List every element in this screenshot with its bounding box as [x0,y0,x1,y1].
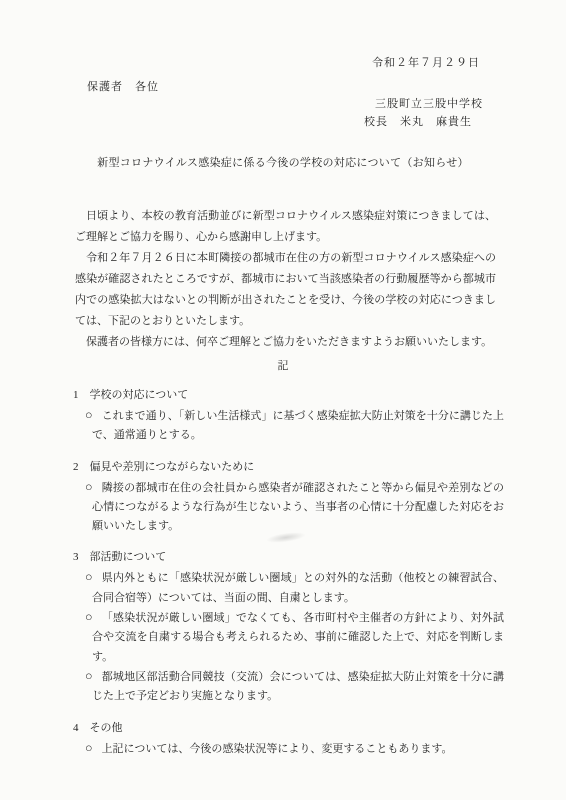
circle-bullet-icon: ○ [85,741,93,755]
section-club-activities: 3部活動について ○県内外ともに「感染状況が厳しい圏域」との対外的な活動（他校と… [0,549,566,706]
section-other: 4その他 ○上記については、今後の感染状況等により、変更することもあります。 [0,720,566,759]
circle-bullet-icon: ○ [85,408,93,422]
bullet-item: ○上記については、今後の感染状況等により、変更することもあります。 [92,739,504,759]
circle-bullet-icon: ○ [85,610,93,624]
section-number: 3 [73,549,79,565]
school-name: 三股町立三股中学校 [0,97,566,112]
bullet-item: ○これまで通り、「新しい生活様式」に基づく感染症拡大防止対策を十分に講じた上で、… [92,406,504,446]
section-heading-text: 学校の対応について [90,389,189,401]
section-heading-text: 偏見や差別につながらないために [90,461,255,473]
section-discrimination: 2偏見や差別につながらないために ○隣接の都城市在住の会社員から感染者が確認され… [0,459,566,537]
section-heading: 1学校の対応について [73,387,506,403]
bullet-text: 県内外ともに「感染状況が厳しい圏域」との対外的な活動（他校との練習試合、合同合宿… [92,572,504,603]
bullet-text: 「感染状況が厳しい圏域」でなくても、各市町村や主催者の方針により、対外試合や交流… [92,612,504,663]
section-school-response: 1学校の対応について ○これまで通り、「新しい生活様式」に基づく感染症拡大防止対… [0,387,566,446]
section-heading: 4その他 [73,720,506,736]
section-items: ○上記については、今後の感染状況等により、変更することもあります。 [0,739,566,759]
section-number: 2 [73,459,79,475]
section-heading: 2偏見や差別につながらないために [73,459,506,475]
section-items: ○県内外ともに「感染状況が厳しい圏域」との対外的な活動（他校との練習試合、合同合… [0,568,566,706]
circle-bullet-icon: ○ [85,480,93,494]
bullet-item: ○隣接の都城市在住の会社員から感染者が確認されたこと等から偏見や差別などの心情に… [92,478,504,537]
circle-bullet-icon: ○ [85,570,93,584]
bullet-text: これまで通り、「新しい生活様式」に基づく感染症拡大防止対策を十分に講じた上で、通… [92,410,504,441]
bullet-text: 都城地区部活動合同競技（交流）会については、感染症拡大防止対策を十分に講じた上で… [92,671,504,702]
section-number: 1 [73,387,79,403]
paragraph-request: 保護者の皆様方には、何卒ご理解とご協力をいただきますようお願いいたします。 [75,332,496,353]
document-title: 新型コロナウイルス感染症に係る今後の学校の対応について（お知らせ） [0,155,566,171]
paragraph-situation: 令和２年７月２６日に本町隣接の都城市在住の方の新型コロナウイルス感染症への感染が… [75,248,496,332]
section-items: ○隣接の都城市在住の会社員から感染者が確認されたこと等から偏見や差別などの心情に… [0,478,566,537]
section-items: ○これまで通り、「新しい生活様式」に基づく感染症拡大防止対策を十分に講じた上で、… [0,406,566,446]
body-text: 日頃より、本校の教育活動並びに新型コロナウイルス感染症対策につきましては、ご理解… [75,206,496,353]
section-heading-text: 部活動について [90,551,167,563]
bullet-item: ○都城地区部活動合同競技（交流）会については、感染症拡大防止対策を十分に講じた上… [92,667,504,707]
recipient: 保護者 各位 [87,80,566,95]
bullet-item: ○「感染状況が厳しい圏域」でなくても、各市町村や主催者の方針により、対外試合や交… [92,608,504,667]
bullet-text: 上記については、今後の感染状況等により、変更することもあります。 [102,743,453,755]
document-page: 令和２年７月２９日 保護者 各位 三股町立三股中学校 校長 米丸 麻貴生 新型コ… [0,0,566,800]
bullet-item: ○県内外ともに「感染状況が厳しい圏域」との対外的な活動（他校との練習試合、合同合… [92,568,504,608]
section-heading-text: その他 [90,722,123,734]
issue-date: 令和２年７月２９日 [0,0,566,71]
section-number: 4 [73,720,79,736]
circle-bullet-icon: ○ [85,669,93,683]
record-marker: 記 [0,359,566,374]
paragraph-greeting: 日頃より、本校の教育活動並びに新型コロナウイルス感染症対策につきましては、ご理解… [75,206,496,248]
section-heading: 3部活動について [73,549,506,565]
bullet-text: 隣接の都城市在住の会社員から感染者が確認されたこと等から偏見や差別などの心情につ… [92,482,504,533]
principal-name: 校長 米丸 麻貴生 [0,115,566,130]
